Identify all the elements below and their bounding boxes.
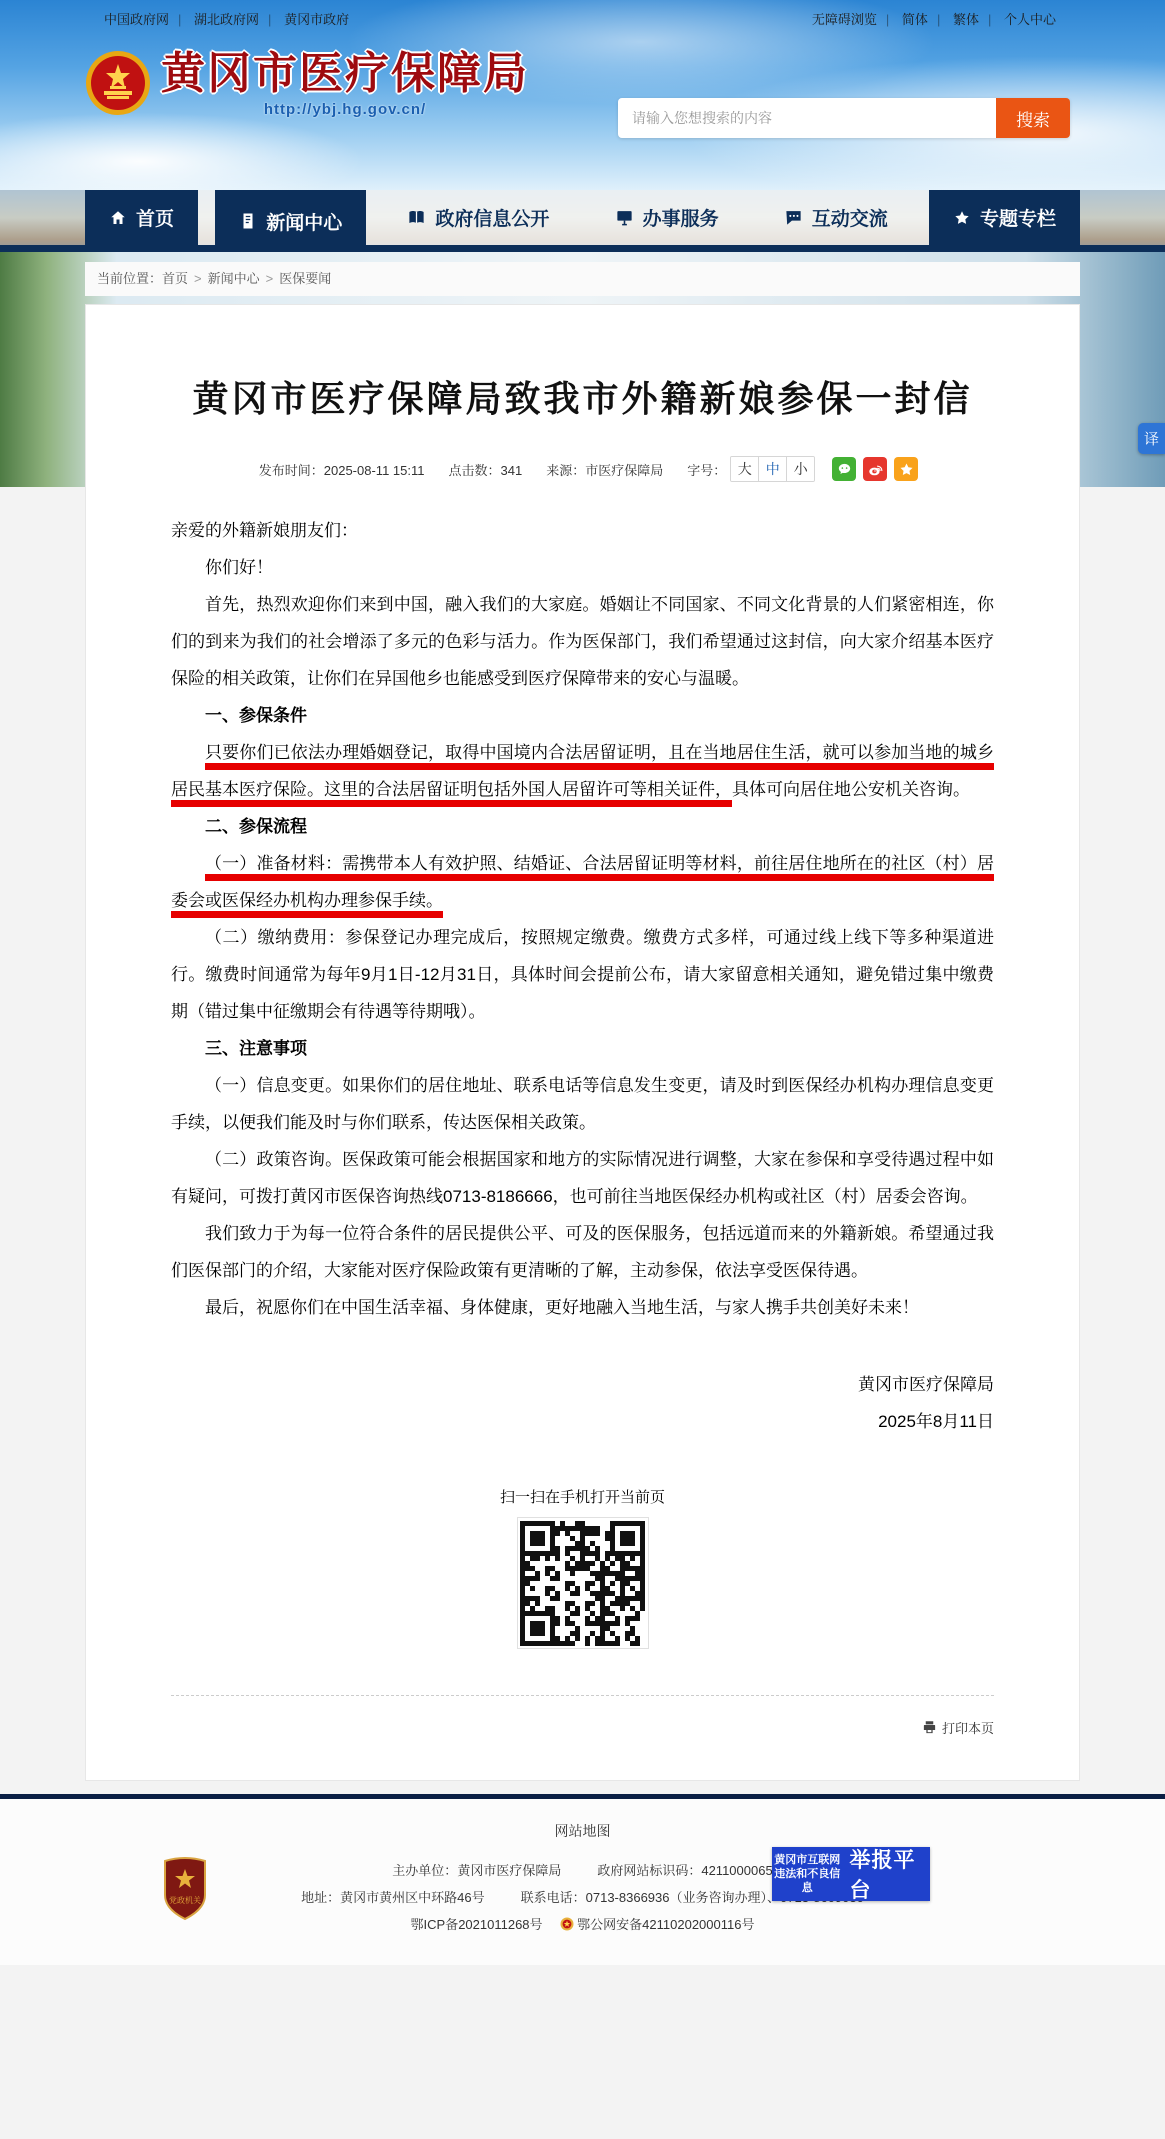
site-url[interactable]: http://ybj.hg.gov.cn/ (264, 101, 426, 118)
open-book-icon (407, 208, 426, 227)
print-row: 打印本页 (171, 1695, 994, 1738)
article-body: 亲爱的外籍新娘朋友们：你们好！首先，热烈欢迎你们来到中国，融入我们的大家庭。婚姻… (171, 512, 994, 1326)
nav-item-interaction[interactable]: 互动交流 (760, 190, 912, 245)
article-paragraph: 你们好！ (171, 549, 994, 586)
search-button[interactable]: 搜索 (996, 98, 1070, 138)
breadcrumb: 当前位置：首页>新闻中心>医保要闻 (85, 262, 1080, 296)
article-paragraph: （二）缴纳费用：参保登记办理完成后，按照规定缴费。缴费方式多样，可通过线上线下等… (171, 919, 994, 1030)
font-size-switcher: 大 中 小 (730, 456, 815, 482)
link-huanggang-gov[interactable]: 黄冈市政府 (284, 12, 349, 27)
nav-label: 专题专栏 (980, 204, 1056, 231)
footer-gap (0, 1781, 1165, 1794)
breadcrumb-news-center[interactable]: 新闻中心 (208, 271, 260, 286)
report-badge-line1: 黄冈市互联网 (774, 1854, 840, 1866)
separator: | (886, 12, 889, 27)
link-hubei-gov[interactable]: 湖北政府网 (194, 12, 259, 27)
publish-time: 发布时间：2025-08-11 15:11 (259, 460, 425, 479)
section-heading: 二、参保流程 (171, 808, 994, 845)
nav-item-news-center[interactable]: 新闻中心 (215, 190, 366, 252)
illegal-content-report-badge[interactable]: 黄冈市互联网 违法和不良信息 举报平台 (772, 1847, 930, 1901)
top-links-bar: 中国政府网| 湖北政府网| 黄冈市政府 无障碍浏览| 简体| 繁体| 个人中心 (0, 0, 1165, 36)
article-meta: 发布时间：2025-08-11 15:11 点击数：341 来源：市医疗保障局 … (171, 456, 994, 482)
article-paragraph: 首先，热烈欢迎你们来到中国，融入我们的大家庭。婚姻让不同国家、不同文化背景的人们… (171, 586, 994, 697)
footer-info: 主办单位：黄冈市医疗保障局政府网站标识码：4211000065 地址：黄冈市黄州… (85, 1857, 1080, 1938)
qr-code (517, 1517, 649, 1649)
nav-label: 新闻中心 (266, 208, 342, 235)
article-paragraph: （一）信息变更。如果你们的居住地址、联系电话等信息发生变更，请及时到医保经办机构… (171, 1067, 994, 1141)
breadcrumb-home[interactable]: 首页 (162, 271, 188, 286)
separator: | (178, 12, 181, 27)
breadcrumb-separator: > (266, 271, 274, 286)
page: 中国政府网| 湖北政府网| 黄冈市政府 无障碍浏览| 简体| 繁体| 个人中心 (0, 0, 1165, 2139)
footer: 网站地图 党政机关 主办单位：黄冈市医疗保障局政府网站标识码：421100006… (0, 1799, 1165, 1965)
article-paragraph: （二）政策咨询。医保政策可能会根据国家和地方的实际情况进行调整，大家在参保和享受… (171, 1141, 994, 1215)
search-input[interactable] (618, 98, 996, 138)
weibo-share-icon[interactable] (863, 457, 887, 481)
main-navigation: 首页 新闻中心 政府信息公开 办事服务 互动交流 (0, 190, 1165, 252)
footer-line-records: 鄂ICP备2021011268号 鄂公网安备42110202000116号 (85, 1911, 1080, 1938)
article-paragraph: 只要你们已依法办理婚姻登记，取得中国境内合法居留证明，且在当地居住生活，就可以参… (171, 734, 994, 808)
police-badge-icon (560, 1917, 574, 1931)
site-header: 黄冈市医疗保障局 http://ybj.hg.gov.cn/ 搜索 (0, 36, 1165, 190)
breadcrumb-separator: > (194, 271, 202, 286)
qzone-share-icon[interactable] (894, 457, 918, 481)
topbar-right-links: 无障碍浏览| 简体| 繁体| 个人中心 (803, 9, 1065, 28)
nav-item-home[interactable]: 首页 (85, 190, 198, 245)
wechat-share-icon[interactable] (832, 457, 856, 481)
translate-button[interactable]: 译 (1138, 423, 1165, 454)
news-icon (239, 212, 257, 230)
red-underlined-text: （一）准备材料：需携带本人有效护照、结婚证、合法居留证明等材料，前往居住地所在的… (171, 854, 994, 918)
signature-org: 黄冈市医疗保障局 (171, 1366, 994, 1403)
article-title: 黄冈市医疗保障局致我市外籍新娘参保一封信 (171, 371, 994, 422)
gov-agency-badge[interactable]: 党政机关 (163, 1857, 207, 1921)
national-emblem-icon (85, 50, 151, 121)
site-title: 黄冈市医疗保障局 (161, 50, 529, 98)
link-china-gov[interactable]: 中国政府网 (104, 12, 169, 27)
article-paragraph: （一）准备材料：需携带本人有效护照、结婚证、合法居留证明等材料，前往居住地所在的… (171, 845, 994, 919)
gov-badge-text: 党政机关 (169, 1895, 201, 1905)
separator: | (268, 12, 271, 27)
nav-label: 互动交流 (812, 204, 888, 231)
nav-item-gov-info[interactable]: 政府信息公开 (383, 190, 573, 245)
nav-label: 政府信息公开 (435, 204, 549, 231)
report-badge-line2: 违法和不良信息 (774, 1868, 840, 1894)
chat-icon (784, 208, 803, 227)
link-simplified[interactable]: 简体 (902, 12, 928, 27)
signature-date: 2025年8月11日 (171, 1403, 994, 1440)
hit-count: 点击数：341 (448, 460, 522, 479)
font-size-medium-button[interactable]: 中 (758, 457, 786, 481)
separator: | (988, 12, 991, 27)
section-heading: 一、参保条件 (171, 697, 994, 734)
print-label: 打印本页 (942, 1718, 994, 1737)
star-icon (953, 209, 971, 227)
police-record-link[interactable]: 鄂公网安备42110202000116号 (577, 1917, 754, 1932)
footer-line-contact: 地址：黄冈市黄州区中环路46号联系电话：0713-8366936（业务咨询办理）… (85, 1884, 1080, 1911)
font-size-small-button[interactable]: 小 (786, 457, 814, 481)
article-card: 黄冈市医疗保障局致我市外籍新娘参保一封信 发布时间：2025-08-11 15:… (85, 304, 1080, 1781)
article-source: 来源：市医疗保障局 (546, 460, 663, 479)
site-search: 搜索 (618, 98, 1070, 138)
nav-label: 首页 (136, 204, 174, 231)
nav-item-services[interactable]: 办事服务 (591, 190, 743, 245)
service-monitor-icon (615, 208, 634, 227)
sitemap-link[interactable]: 网站地图 (0, 1821, 1165, 1841)
font-size-label: 字号： (687, 460, 726, 479)
qr-caption: 扫一扫在手机打开当前页 (171, 1486, 994, 1507)
nav-label: 办事服务 (643, 204, 719, 231)
site-brand[interactable]: 黄冈市医疗保障局 http://ybj.hg.gov.cn/ (85, 50, 529, 121)
breadcrumb-current[interactable]: 医保要闻 (279, 271, 331, 286)
section-heading: 三、注意事项 (171, 1030, 994, 1067)
report-badge-title: 举报平台 (849, 1844, 930, 1904)
breadcrumb-prefix: 当前位置： (97, 271, 162, 286)
printer-icon (922, 1720, 937, 1735)
share-icons (825, 457, 918, 481)
home-icon (109, 209, 127, 227)
article-paragraph: 亲爱的外籍新娘朋友们： (171, 512, 994, 549)
link-personal-center[interactable]: 个人中心 (1004, 12, 1056, 27)
article-paragraph: 我们致力于为每一位符合条件的居民提供公平、可及的医保服务，包括远道而来的外籍新娘… (171, 1215, 994, 1289)
font-size-large-button[interactable]: 大 (731, 457, 758, 481)
print-page-button[interactable]: 打印本页 (922, 1718, 994, 1737)
topbar-left-links: 中国政府网| 湖北政府网| 黄冈市政府 (95, 9, 358, 28)
article-paragraph: 最后，祝愿你们在中国生活幸福、身体健康，更好地融入当地生活，与家人携手共创美好未… (171, 1289, 994, 1326)
link-accessibility[interactable]: 无障碍浏览 (812, 12, 877, 27)
separator: | (937, 12, 940, 27)
signature-block: 黄冈市医疗保障局 2025年8月11日 (171, 1366, 994, 1440)
nav-item-special-topics[interactable]: 专题专栏 (929, 190, 1080, 245)
icp-record-link[interactable]: 鄂ICP备2021011268号 (411, 1917, 543, 1932)
link-traditional[interactable]: 繁体 (953, 12, 979, 27)
footer-line-host: 主办单位：黄冈市医疗保障局政府网站标识码：4211000065 (85, 1857, 1080, 1884)
